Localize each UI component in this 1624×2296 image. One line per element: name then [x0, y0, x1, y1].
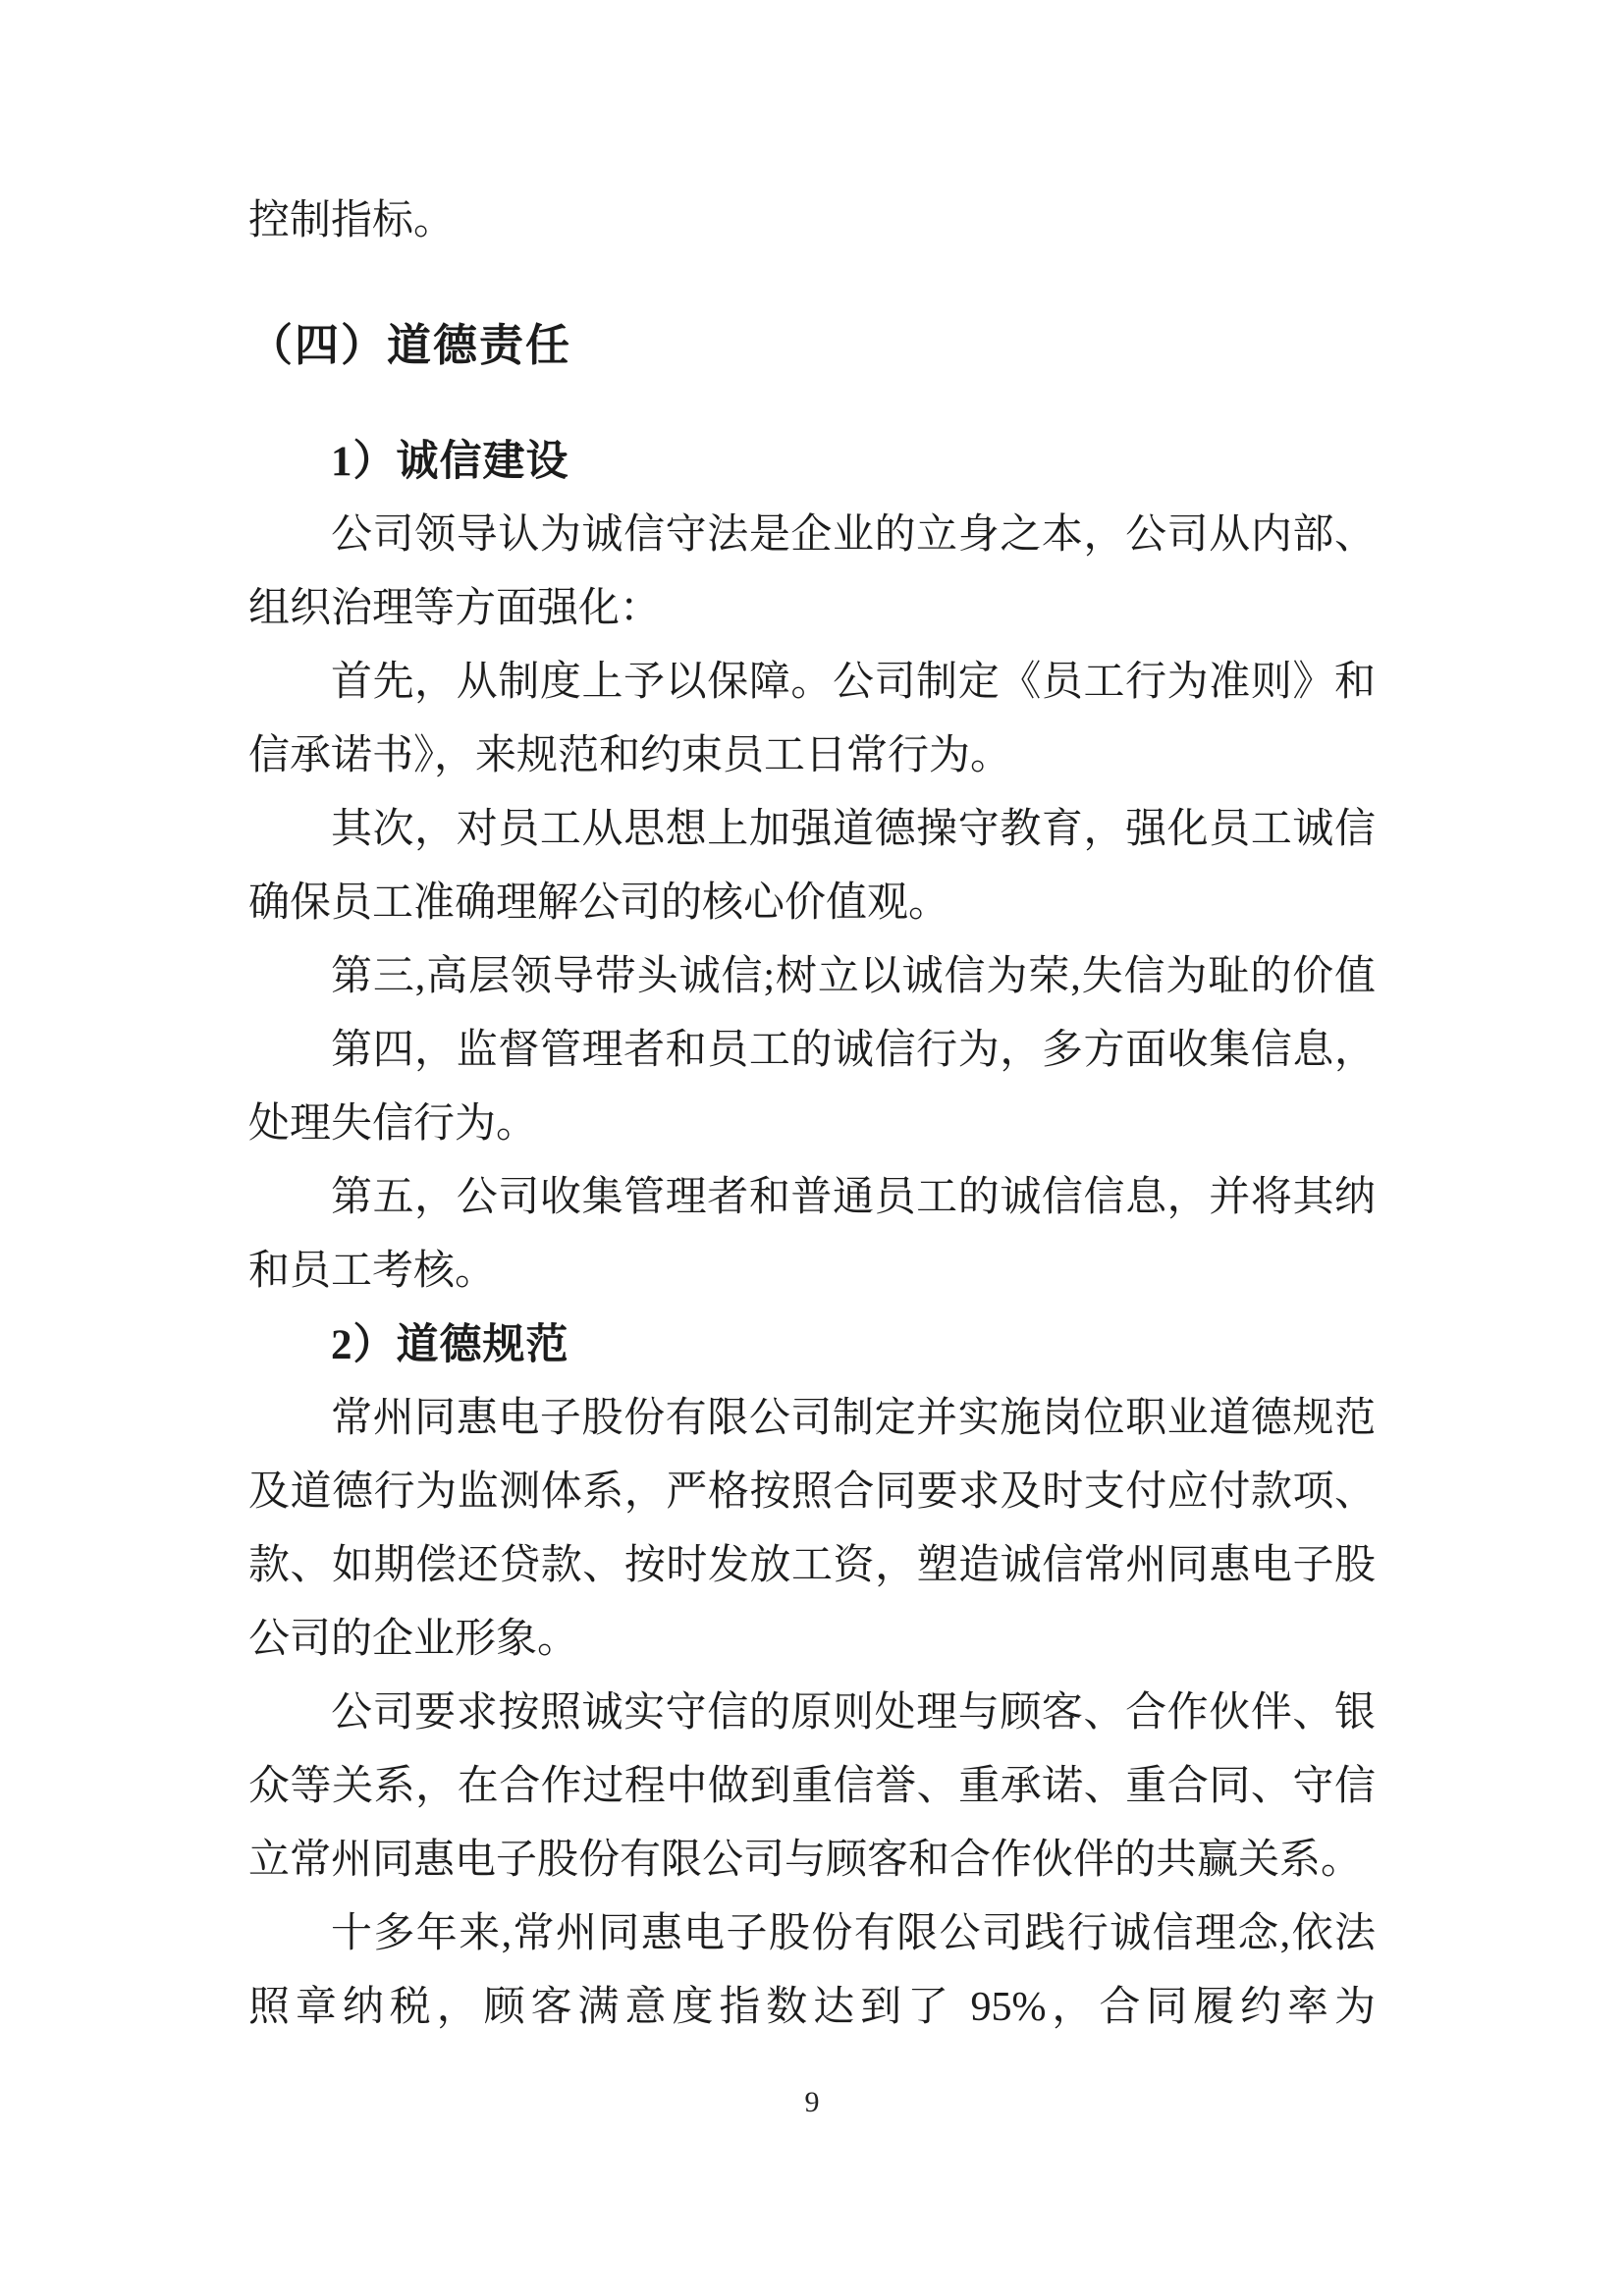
body-line: 第三,高层领导带头诚信;树立以诚信为荣,失信为耻的价值观。: [248, 940, 1376, 1014]
body-line: 其次，对员工从思想上加强道德操守教育，强化员工诚信教育，: [248, 793, 1376, 867]
body-line: 公司领导认为诚信守法是企业的立身之本，公司从内部、外部和: [248, 499, 1376, 572]
paragraph: 常州同惠电子股份有限公司制定并实施岗位职业道德规范准则 及道德行为监测体系，严格…: [248, 1382, 1376, 1677]
body-line: 第五，公司收集管理者和普通员工的诚信信息，并将其纳入领导: [248, 1161, 1376, 1235]
body-line: 款、如期偿还贷款、按时发放工资，塑造诚信常州同惠电子股份有限: [248, 1529, 1376, 1603]
body-line: 信承诺书》，来规范和约束员工日常行为。: [248, 720, 1376, 793]
body-line: 及道德行为监测体系，严格按照合同要求及时支付应付款项、缴纳税: [248, 1456, 1376, 1529]
body-line: 立常州同惠电子股份有限公司与顾客和合作伙伴的共赢关系。: [248, 1824, 1376, 1897]
page-number: 9: [0, 2085, 1624, 2120]
section-heading: （四）道德责任: [248, 309, 1376, 383]
paragraph: 首先，从制度上予以保障。公司制定《员工行为准则》和签订《诚 信承诺书》，来规范和…: [248, 646, 1376, 793]
paragraph: 公司领导认为诚信守法是企业的立身之本，公司从内部、外部和 组织治理等方面强化：: [248, 499, 1376, 646]
body-line: 公司要求按照诚实守信的原则处理与顾客、合作伙伴、银行、公: [248, 1677, 1376, 1750]
paragraph: 其次，对员工从思想上加强道德操守教育，强化员工诚信教育， 确保员工准确理解公司的…: [248, 793, 1376, 940]
continuation-line: 控制指标。: [248, 185, 1376, 258]
body-line: 十多年来,常州同惠电子股份有限公司践行诚信理念,依法经营、: [248, 1897, 1376, 1971]
paragraph: 第五，公司收集管理者和普通员工的诚信信息，并将其纳入领导 和员工考核。: [248, 1161, 1376, 1308]
body-line: 确保员工准确理解公司的核心价值观。: [248, 867, 1376, 940]
subsection-2-heading: 2）道德规范: [248, 1308, 1376, 1382]
body-line: 众等关系，在合作过程中做到重信誉、重承诺、重合同、守信用，建: [248, 1750, 1376, 1824]
body-line: 组织治理等方面强化：: [248, 572, 1376, 646]
body-line: 第四，监督管理者和员工的诚信行为，多方面收集信息，并及时: [248, 1014, 1376, 1088]
body-line: 照章纳税，顾客满意度指数达到了 95%，合同履约率为 100%，员工违: [248, 1971, 1376, 2045]
paragraph: 公司要求按照诚实守信的原则处理与顾客、合作伙伴、银行、公 众等关系，在合作过程中…: [248, 1677, 1376, 1897]
paragraph: 第三,高层领导带头诚信;树立以诚信为荣,失信为耻的价值观。: [248, 940, 1376, 1014]
page-body-text: 控制指标。 （四）道德责任 1）诚信建设 公司领导认为诚信守法是企业的立身之本，…: [248, 185, 1376, 2045]
body-line: 首先，从制度上予以保障。公司制定《员工行为准则》和签订《诚: [248, 646, 1376, 720]
document-page: 控制指标。 （四）道德责任 1）诚信建设 公司领导认为诚信守法是企业的立身之本，…: [0, 0, 1624, 2296]
body-line: 公司的企业形象。: [248, 1603, 1376, 1677]
paragraph: 十多年来,常州同惠电子股份有限公司践行诚信理念,依法经营、 照章纳税，顾客满意度…: [248, 1897, 1376, 2045]
body-line: 常州同惠电子股份有限公司制定并实施岗位职业道德规范准则: [248, 1382, 1376, 1456]
paragraph: 第四，监督管理者和员工的诚信行为，多方面收集信息，并及时 处理失信行为。: [248, 1014, 1376, 1161]
subsection-1-heading: 1）诚信建设: [248, 425, 1376, 499]
body-line: 处理失信行为。: [248, 1088, 1376, 1161]
body-line: 和员工考核。: [248, 1235, 1376, 1308]
